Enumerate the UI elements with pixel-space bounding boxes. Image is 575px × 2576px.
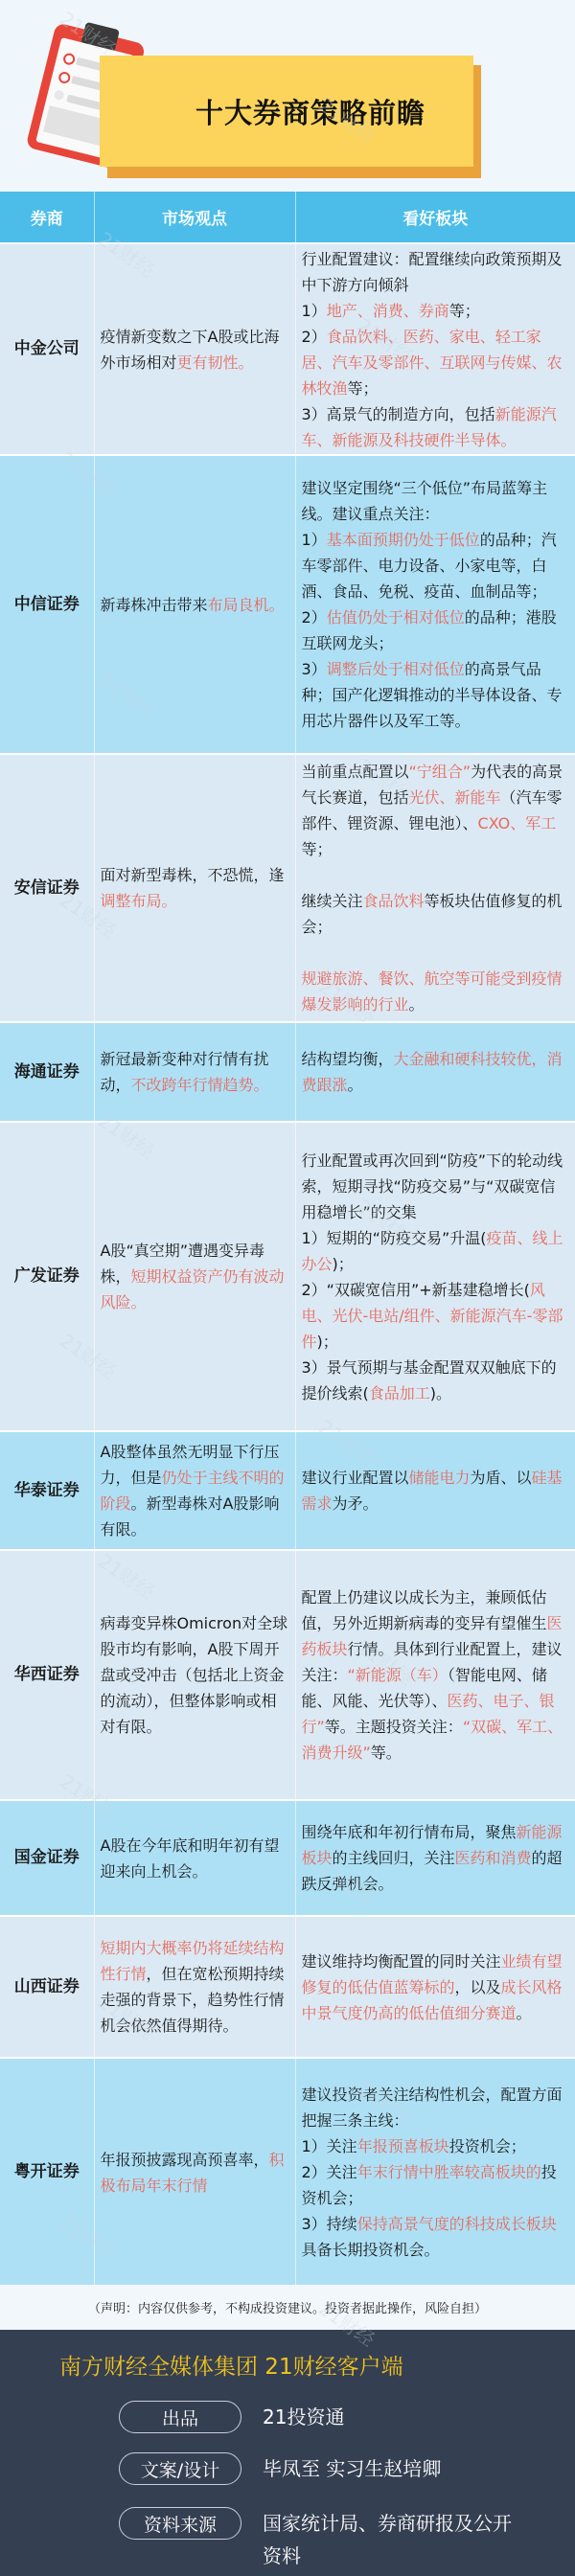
highlight-text: 调整后处于相对低位: [327, 660, 465, 678]
broker-name: 华西证券: [0, 1550, 94, 1800]
body-text: 。: [348, 1076, 363, 1094]
highlight-text: 食品加工: [369, 1384, 430, 1402]
body-text: A股在今年底和明年初有望迎来向上机会。: [101, 1836, 280, 1881]
favored-sectors-cell: 建议坚定围绕“三个低位”布局蓝筹主线。建议重点关注：1）基本面预期仍处于低位的品…: [295, 455, 575, 754]
highlight-text: 地产、消费、券商: [327, 302, 449, 320]
body-text: 面对新型毒株，不恐慌，逢: [101, 866, 285, 884]
body-text: 建议坚定围绕“三个低位”布局蓝筹主线。建议重点关注：: [302, 479, 548, 523]
body-text: 等；: [449, 302, 480, 320]
credit-writer-designer: 文案/设计 毕凤至 实习生赵培卿: [119, 2452, 521, 2485]
body-text: 为盾、以: [471, 1469, 532, 1487]
highlight-text: 医药和消费: [455, 1849, 532, 1867]
market-view-cell: A股在今年底和明年初有望迎来向上机会。: [94, 1800, 295, 1916]
credit-source: 资料来源 国家统计局、券商研报及公开资料: [119, 2507, 521, 2572]
body-text: 3）持续: [302, 2215, 357, 2233]
market-view-cell: 年报预披露现高预喜率，积极布局年末行情: [94, 2058, 295, 2286]
market-view-cell: 新冠最新变种对行情有扰动，不改跨年行情趋势。: [94, 1022, 295, 1122]
table-row: 山西证券短期内大概率仍将延续结构性行情，但在宽松预期持续走强的背景下，趋势性行情…: [0, 1916, 575, 2058]
favored-sectors-cell: 当前重点配置以“宁组合”为代表的高景气长赛道，包括光伏、新能车（汽车零部件、锂资…: [295, 754, 575, 1022]
body-text: 行业配置建议：配置继续向政策预期及中下游方向倾斜: [302, 250, 563, 294]
header-broker: 券商: [0, 192, 94, 243]
highlight-text: 光伏、新能车: [409, 788, 501, 807]
market-view-cell: 新毒株冲击带来布局良机。: [94, 455, 295, 754]
highlight-text: “新能源（车）: [348, 1666, 448, 1684]
highlight-text: 年末行情中胜率较高板块的: [357, 2163, 541, 2181]
market-view-cell: A股“真空期”遭遇变异毒株，短期权益资产仍有波动风险。: [94, 1122, 295, 1431]
body-text: 。: [517, 2004, 532, 2022]
body-text: )；: [333, 1255, 354, 1273]
body-text: 2）: [302, 328, 327, 346]
favored-sectors-cell: 配置上仍建议以成长为主，兼顾低估值，另外近期新病毒的变异有望催生医药板块行情。具…: [295, 1550, 575, 1800]
body-text: 具备长期投资机会。: [302, 2241, 440, 2259]
body-text: 3）: [302, 660, 327, 678]
credit-value: 毕凤至 实习生赵培卿: [263, 2452, 521, 2485]
highlight-text: 储能电力: [409, 1469, 471, 1487]
body-text: 1）短期的“防疫交易”升温(: [302, 1229, 487, 1247]
body-text: 等；: [302, 840, 333, 858]
favored-sectors-cell: 建议投资者关注结构性机会，配置方面把握三条主线：1）关注年报预喜板块投资机会；2…: [295, 2058, 575, 2286]
table-row: 华西证券病毒变异株Omicron对全球股市均有影响，A股下周开盘或受冲击（包括北…: [0, 1550, 575, 1800]
body-text: 2）关注: [302, 2163, 357, 2181]
credit-value: 国家统计局、券商研报及公开资料: [263, 2507, 521, 2572]
table-row: 中信证券新毒株冲击带来布局良机。建议坚定围绕“三个低位”布局蓝筹主线。建议重点关…: [0, 455, 575, 754]
table-row: 安信证券面对新型毒株，不恐慌，逢调整布局。当前重点配置以“宁组合”为代表的高景气…: [0, 754, 575, 1022]
body-text: 。: [409, 995, 425, 1014]
highlight-text: 保持高景气度的科技成长板块: [357, 2215, 557, 2233]
body-text: 建议行业配置以: [302, 1469, 409, 1487]
table-row: 国金证券A股在今年底和明年初有望迎来向上机会。围绕年底和年初行情布局，聚焦新能源…: [0, 1800, 575, 1916]
body-text: 结构望均衡，: [302, 1050, 394, 1068]
body-text: 建议投资者关注结构性机会，配置方面把握三条主线：: [302, 2086, 563, 2130]
highlight-text: 规避旅游、餐饮、航空等可能受到疫情爆发影响的行业: [302, 969, 563, 1014]
broker-name: 海通证券: [0, 1022, 94, 1122]
credit-value: 21投资通: [263, 2401, 521, 2433]
body-text: 2）: [302, 608, 327, 627]
body-text: 当前重点配置以: [302, 763, 409, 781]
body-text: 等；: [348, 379, 379, 398]
credit-label: 资料来源: [119, 2507, 241, 2540]
market-view-cell: 面对新型毒株，不恐慌，逢调整布局。: [94, 754, 295, 1022]
broker-name: 粤开证券: [0, 2058, 94, 2286]
broker-name: 山西证券: [0, 1916, 94, 2058]
highlight-text: 食品饮料、医药、家电、轻工家居、汽车及零部件、互联网与传媒、农林牧渔: [302, 328, 563, 398]
broker-name: 中信证券: [0, 455, 94, 754]
body-text: 行业配置或再次回到“防疫”下的轮动线索，短期寻找“防疫交易”与“双碳宽信用稳增长…: [302, 1151, 563, 1221]
market-view-cell: 病毒变异株Omicron对全球股市均有影响，A股下周开盘或受冲击（包括北上资金的…: [94, 1550, 295, 1800]
broker-name: 华泰证券: [0, 1431, 94, 1550]
body-text: 为矛。: [333, 1494, 379, 1513]
favored-sectors-cell: 建议维持均衡配置的同时关注业绩有望修复的低估值蓝筹标的，以及成长风格中景气度仍高…: [295, 1916, 575, 2058]
favored-sectors-cell: 行业配置建议：配置继续向政策预期及中下游方向倾斜1）地产、消费、券商等；2）食品…: [295, 243, 575, 455]
footer-credits: 南方财经全媒体集团 21财经客户端 出品 21投资通 文案/设计 毕凤至 实习生…: [0, 2330, 575, 2576]
body-text: 围绕年底和年初行情布局，聚焦: [302, 1823, 517, 1841]
body-text: )；: [317, 1333, 338, 1351]
footer-org: 南方财经全媒体集团 21财经客户端: [59, 2349, 403, 2381]
favored-sectors-cell: 结构望均衡，大金融和硬科技较优，消费跟涨。: [295, 1022, 575, 1122]
paragraph-gap: [302, 940, 570, 966]
body-text: ，以及: [455, 1978, 501, 1996]
highlight-text: 基本面预期仍处于低位: [327, 531, 480, 549]
page-title: 十大券商策略前瞻: [100, 56, 483, 167]
credit-label: 文案/设计: [119, 2452, 241, 2485]
table-row: 粤开证券年报预披露现高预喜率，积极布局年末行情建议投资者关注结构性机会，配置方面…: [0, 2058, 575, 2286]
body-text: 新毒株冲击带来: [101, 596, 208, 614]
table-row: 海通证券新冠最新变种对行情有扰动，不改跨年行情趋势。结构望均衡，大金融和硬科技较…: [0, 1022, 575, 1122]
highlight-text: 不改跨年行情趋势。: [131, 1076, 269, 1094]
broker-name: 国金证券: [0, 1800, 94, 1916]
body-text: 等。: [371, 1744, 402, 1762]
highlight-text: 调整布局。: [101, 892, 177, 910]
favored-sectors-cell: 行业配置或再次回到“防疫”下的轮动线索，短期寻找“防疫交易”与“双碳宽信用稳增长…: [295, 1122, 575, 1431]
body-text: 1）关注: [302, 2137, 357, 2155]
market-view-cell: A股整体虽然无明显下行压力，但是仍处于主线不明的阶段。新型毒株对A股影响有限。: [94, 1431, 295, 1550]
body-text: 投资机会；: [449, 2137, 526, 2155]
table-header-row: 券商 市场观点 看好板块: [0, 192, 575, 243]
broker-strategy-table: 券商 市场观点 看好板块 中金公司疫情新变数之下A股或比海外市场相对更有韧性。行…: [0, 192, 575, 2286]
body-text: 建议维持均衡配置的同时关注: [302, 1952, 501, 1971]
body-text: 等。主题投资关注：: [325, 1718, 463, 1736]
favored-sectors-cell: 围绕年底和年初行情布局，聚焦新能源板块的主线回归，关注医药和消费的超跌反弹机会。: [295, 1800, 575, 1916]
body-text: 1）: [302, 302, 327, 320]
highlight-text: 更有韧性。: [177, 353, 254, 372]
disclaimer: （声明：内容仅供参考，不构成投资建议。投资者据此操作，风险自担）: [0, 2285, 575, 2330]
header-market-view: 市场观点: [94, 192, 295, 243]
title-banner: 十大券商策略前瞻: [0, 0, 575, 192]
market-view-cell: 疫情新变数之下A股或比海外市场相对更有韧性。: [94, 243, 295, 455]
highlight-text: 年报预喜板块: [357, 2137, 449, 2155]
table-row: 中金公司疫情新变数之下A股或比海外市场相对更有韧性。行业配置建议：配置继续向政策…: [0, 243, 575, 455]
header-favored-sectors: 看好板块: [295, 192, 575, 243]
table-row: 华泰证券A股整体虽然无明显下行压力，但是仍处于主线不明的阶段。新型毒株对A股影响…: [0, 1431, 575, 1550]
broker-name: 中金公司: [0, 243, 94, 455]
body-text: 3）高景气的制造方向，包括: [302, 405, 495, 423]
body-text: 的主线回归，关注: [333, 1849, 455, 1867]
credit-label: 出品: [119, 2401, 241, 2433]
highlight-text: “宁组合”: [409, 763, 471, 781]
highlight-text: 食品饮料: [363, 892, 425, 910]
body-text: 继续关注: [302, 892, 363, 910]
body-text: 2）“双碳宽信用”+新基建稳增长(: [302, 1281, 530, 1299]
body-text: 配置上仍建议以成长为主，兼顾低估值，另外近期新病毒的变异有望催生: [302, 1588, 547, 1632]
broker-name: 广发证券: [0, 1122, 94, 1431]
highlight-text: 估值仍处于相对低位: [327, 608, 465, 627]
body-text: 年报预披露现高预喜率，: [101, 2151, 269, 2169]
favored-sectors-cell: 建议行业配置以储能电力为盾、以硅基需求为矛。: [295, 1431, 575, 1550]
table-row: 广发证券A股“真空期”遭遇变异毒株，短期权益资产仍有波动风险。行业配置或再次回到…: [0, 1122, 575, 1431]
credit-producer: 出品 21投资通: [119, 2401, 521, 2433]
broker-name: 安信证券: [0, 754, 94, 1022]
body-text: 病毒变异株Omicron对全球股市均有影响，A股下周开盘或受冲击（包括北上资金的…: [101, 1614, 288, 1736]
paragraph-gap: [302, 862, 570, 888]
body-text: 1）: [302, 531, 327, 549]
highlight-text: CXO、军工: [478, 814, 557, 832]
market-view-cell: 短期内大概率仍将延续结构性行情，但在宽松预期持续走强的背景下，趋势性行情机会依然…: [94, 1916, 295, 2058]
highlight-text: 布局良机。: [208, 596, 285, 614]
body-text: )。: [430, 1384, 451, 1402]
